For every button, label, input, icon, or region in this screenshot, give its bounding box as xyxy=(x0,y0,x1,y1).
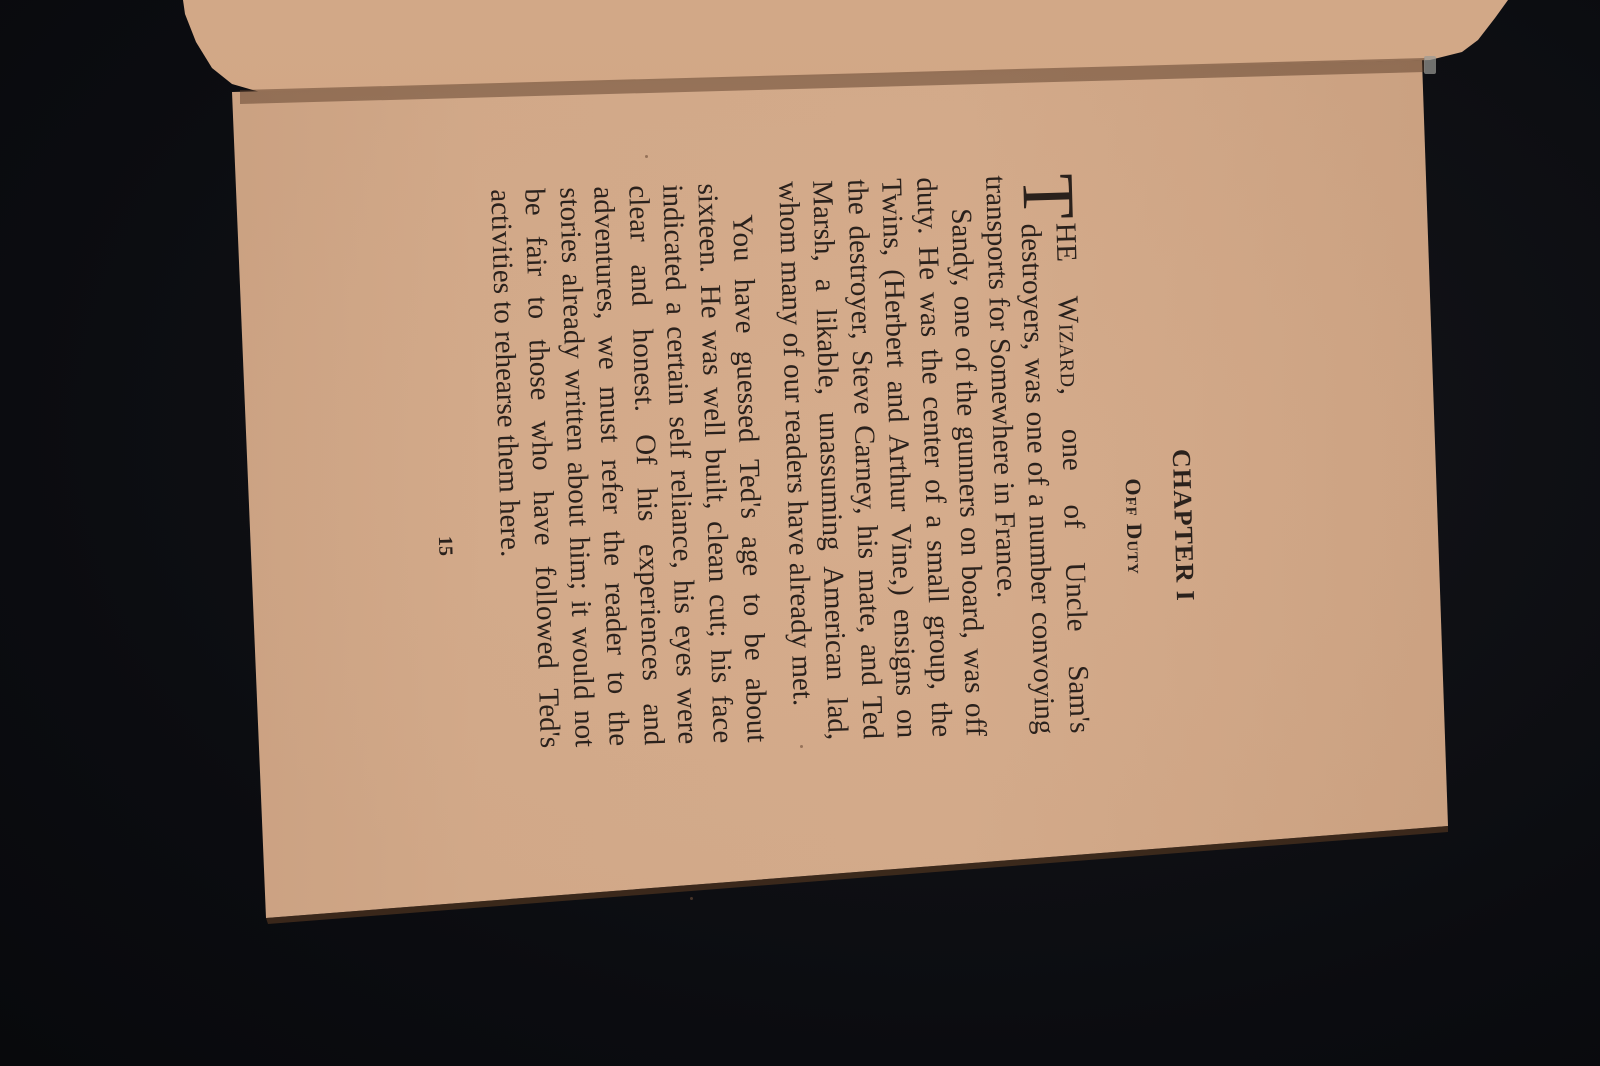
photo-scene: CHAPTER I Off Duty THE Wizard, one of Un… xyxy=(0,0,1600,1066)
paragraph-1-lead: HE Wizard, xyxy=(1049,222,1086,395)
spine-tab xyxy=(1424,56,1436,74)
paragraph-3: You have guessed Ted's age to be about s… xyxy=(483,182,775,749)
paragraph-1: THE Wizard, one of Uncle Sam's destroyer… xyxy=(978,173,1097,736)
paper-speck xyxy=(645,155,648,158)
drop-cap: T xyxy=(1017,173,1078,220)
chapter-title: Off Duty xyxy=(1107,171,1157,732)
paper-speck xyxy=(690,897,693,900)
paragraph-2: Sandy, one of the gunners on board, was … xyxy=(771,176,994,742)
paper-speck xyxy=(800,745,803,748)
page-text-block: CHAPTER I Off Duty THE Wizard, one of Un… xyxy=(418,170,1205,751)
